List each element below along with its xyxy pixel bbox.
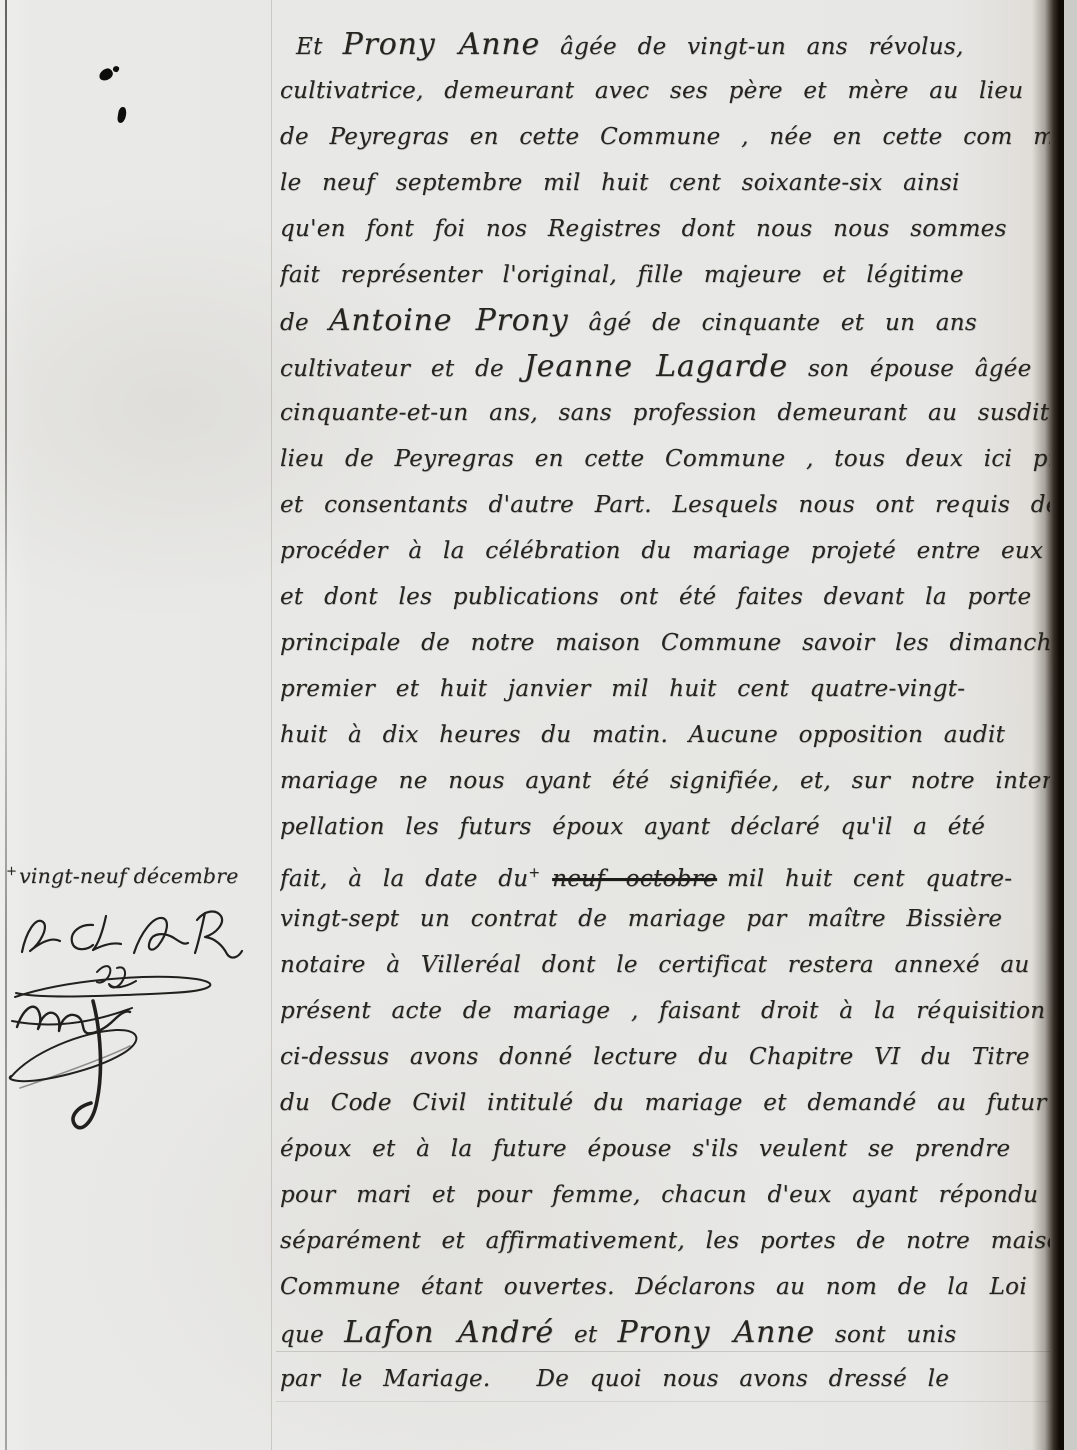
text: cultivateur et de bbox=[280, 356, 504, 382]
manuscript-line: principale de notre maison Commune savoi… bbox=[280, 620, 1050, 666]
manuscript-line: qu'en font foi nos Registres dont nous n… bbox=[280, 206, 1007, 252]
manuscript-line: séparément et affirmativement, les porte… bbox=[280, 1218, 1050, 1264]
plus-mark: + bbox=[6, 864, 17, 879]
manuscript-line: pour mari et pour femme, chacun d'eux ay… bbox=[280, 1172, 1038, 1218]
text: De quoi nous avons dressé le bbox=[537, 1366, 950, 1392]
margin-rule-line bbox=[271, 0, 272, 1450]
signature-initials bbox=[72, 916, 121, 950]
faint-ruled-line bbox=[276, 1401, 1050, 1402]
manuscript-line: fait représenter l'original, fille majeu… bbox=[280, 252, 964, 298]
book-binding-shadow bbox=[1032, 0, 1064, 1450]
bride-name: Prony Anne bbox=[617, 1315, 814, 1350]
text: fait, à la date du bbox=[280, 866, 528, 892]
text: que bbox=[280, 1322, 324, 1348]
mother-name: Jeanne Lagarde bbox=[524, 349, 788, 384]
signature-underline-flourish bbox=[12, 1008, 132, 1025]
scan-right-edge bbox=[1064, 0, 1077, 1450]
signature-initials bbox=[134, 918, 188, 953]
manuscript-line: premier et huit janvier mil huit cent qu… bbox=[280, 666, 965, 712]
manuscript-line: procéder à la célébration du mariage pro… bbox=[280, 528, 1043, 574]
register-page-scan: +vingt-neuf décembre EtProny Anneâgée de… bbox=[0, 0, 1077, 1450]
manuscript-line: vingt-sept un contrat de mariage par maî… bbox=[280, 896, 1002, 942]
manuscript-line: deAntoine Pronyâgé de cinquante et un an… bbox=[280, 298, 977, 344]
text: âgé de cinquante et un ans bbox=[589, 310, 978, 336]
text: Et bbox=[296, 34, 323, 60]
manuscript-line: Commune étant ouvertes. Déclarons au nom… bbox=[280, 1264, 1027, 1310]
manuscript-line: cinquante-et-un ans, sans profession dem… bbox=[280, 390, 1049, 436]
signature-initials bbox=[22, 921, 60, 952]
manuscript-line: du Code Civil intitulé du mariage et dem… bbox=[280, 1080, 1047, 1126]
manuscript-line: et consentants d'autre Part. Lesquels no… bbox=[280, 482, 1050, 528]
text: mil huit cent quatre- bbox=[727, 866, 1012, 892]
manuscript-line: cultivatrice, demeurant avec ses père et… bbox=[280, 68, 1023, 114]
manuscript-line: de Peyregras en cette Commune , née en c… bbox=[280, 114, 1050, 160]
manuscript-line: cultivateur et deJeanne Lagardeson épous… bbox=[280, 344, 1050, 390]
groom-name: Lafon André bbox=[344, 1315, 554, 1350]
faint-ruled-line bbox=[276, 1351, 1050, 1352]
manuscript-line: par le Mariage.De quoi nous avons dressé… bbox=[280, 1356, 949, 1402]
text: âgée de vingt-un ans révolus, bbox=[560, 34, 964, 60]
manuscript-text: EtProny Anneâgée de vingt-un ans révolus… bbox=[280, 0, 1050, 1450]
margin-signatures bbox=[0, 880, 270, 1160]
manuscript-line: époux et à la future épouse s'ils veulen… bbox=[280, 1126, 1010, 1172]
signature-initials bbox=[195, 911, 242, 957]
manuscript-line: le neuf septembre mil huit cent soixante… bbox=[280, 160, 960, 206]
manuscript-line: huit à dix heures du matin. Aucune oppos… bbox=[280, 712, 1005, 758]
manuscript-line: fait, à la date du+neuf octobremil huit … bbox=[280, 850, 1012, 896]
manuscript-line: notaire à Villeréal dont le certificat r… bbox=[280, 942, 1030, 988]
page-fold-line bbox=[5, 0, 7, 1450]
manuscript-line: présent acte de mariage , faisant droit … bbox=[280, 988, 1045, 1034]
manuscript-line: et dont les publications ont été faites … bbox=[280, 574, 1031, 620]
text: sont unis bbox=[835, 1322, 957, 1348]
manuscript-line: pellation les futurs époux ayant déclaré… bbox=[280, 804, 985, 850]
manuscript-line: lieu de Peyregras en cette Commune , tou… bbox=[280, 436, 1050, 482]
insertion-mark: + bbox=[528, 865, 540, 881]
manuscript-line: ci-dessus avons donné lecture du Chapitr… bbox=[280, 1034, 1030, 1080]
text: de bbox=[280, 310, 309, 336]
text: et bbox=[574, 1322, 597, 1348]
father-name: Antoine Prony bbox=[329, 303, 569, 338]
signature-paraph bbox=[20, 1046, 130, 1088]
manuscript-line: queLafon AndréetProny Annesont unis bbox=[280, 1310, 956, 1356]
manuscript-line: mariage ne nous ayant été signifiée, et,… bbox=[280, 758, 1050, 804]
signature-paraph bbox=[10, 1030, 137, 1081]
bride-name: Prony Anne bbox=[343, 27, 540, 62]
text: son épouse âgée de bbox=[808, 356, 1050, 382]
manuscript-line: EtProny Anneâgée de vingt-un ans révolus… bbox=[296, 22, 964, 68]
text: par le Mariage. bbox=[280, 1366, 491, 1392]
struck-out-text: neuf octobre bbox=[552, 866, 717, 892]
